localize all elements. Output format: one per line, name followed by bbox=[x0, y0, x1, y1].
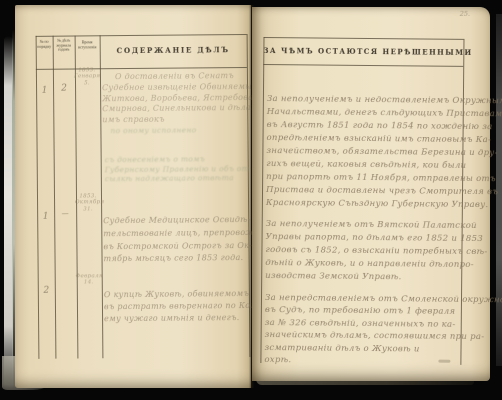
text-line: Судебное Медицинское Освидѣ- bbox=[103, 214, 248, 228]
text-line: по оному исполнено bbox=[110, 125, 240, 136]
contents-header: СОДЕРЖАНІЕ ДѢЛЪ bbox=[100, 45, 247, 55]
entry-date: 1853.Октября31. bbox=[75, 193, 101, 212]
table-line bbox=[36, 67, 247, 70]
text-line: 14. bbox=[76, 280, 102, 287]
text-line: 31. bbox=[75, 206, 101, 213]
text-line: въ Костромской Острогъ за Ок- bbox=[103, 240, 248, 254]
ink-smudge bbox=[438, 360, 450, 363]
left-page-content: № по порядку № дѣлъ журнала годовъ Время… bbox=[13, 4, 252, 389]
text-line: ему чужаго имѣнія и денегъ. bbox=[104, 312, 249, 325]
scanned-ledger-photo: № по порядку № дѣлъ журнала годовъ Время… bbox=[0, 0, 502, 400]
journal-number: — bbox=[54, 209, 76, 217]
left-page: № по порядку № дѣлъ журнала годовъ Время… bbox=[15, 5, 251, 388]
column-header-date: Время вступленія bbox=[75, 40, 100, 64]
right-page: 25. ЗА ЧѢМЪ ОСТАЮТСЯ НЕРѢШЕННЫМИ За непо… bbox=[252, 7, 490, 381]
table-line bbox=[263, 64, 463, 67]
marginal-note: по оному исполнено bbox=[110, 125, 240, 136]
text-line: тельствованіе лицъ, препровожденныхъ bbox=[103, 227, 248, 241]
table-line bbox=[263, 37, 463, 40]
text-line: сылкѣ надлежащаго отвѣта bbox=[105, 173, 245, 184]
text-line: Красноярскую Съѣздную Губернскую Управу. bbox=[266, 197, 461, 212]
unresolved-header: ЗА ЧѢМЪ ОСТАЮТСЯ НЕРѢШЕННЫМИ bbox=[263, 46, 463, 57]
entry-text: Судебное Медицинское Освидѣ-тельствовані… bbox=[103, 214, 248, 266]
text-line: изводства Земской Управѣ. bbox=[265, 270, 460, 285]
table-line bbox=[36, 36, 40, 359]
page-number: 25. bbox=[460, 10, 470, 18]
column-header-journal-no: № дѣлъ журнала годовъ bbox=[53, 39, 75, 67]
right-page-content: 25. ЗА ЧѢМЪ ОСТАЮТСЯ НЕРѢШЕННЫМИ За непо… bbox=[250, 6, 492, 382]
text-line: тябрь мѣсяцъ сего 1853 года. bbox=[103, 252, 248, 266]
entry-date: 1853.Генваря5. bbox=[74, 67, 100, 86]
marginal-note-block: съ донесеніемъ о томъГубернскому Правлен… bbox=[105, 154, 245, 184]
entry-text: О доставленіи въ СенатъСудебное извѣщені… bbox=[102, 71, 247, 126]
entry-date: Февраля14. bbox=[76, 273, 102, 286]
row-number: 2 bbox=[38, 286, 55, 296]
reason-paragraph: За непредставленіемъ отъ Смоленской окру… bbox=[264, 292, 460, 368]
entry-text: О купцѣ Жуковѣ, обвиняемомъвъ растратѣ в… bbox=[104, 288, 249, 325]
text-line: охрѣ. bbox=[264, 354, 459, 368]
text-line: 5. bbox=[74, 80, 100, 87]
column-header-ordinal: № по порядку bbox=[36, 40, 53, 66]
table-line bbox=[36, 34, 247, 37]
journal-number: 2 bbox=[53, 84, 75, 94]
reason-paragraph: За неполученіемъ отъ Вятской ПалатскойУп… bbox=[265, 218, 461, 285]
reason-paragraph: За неполученіемъ и недоставленіемъ Окруж… bbox=[266, 93, 462, 212]
row-number: 1 bbox=[36, 86, 53, 96]
row-number: 1 bbox=[37, 212, 54, 222]
